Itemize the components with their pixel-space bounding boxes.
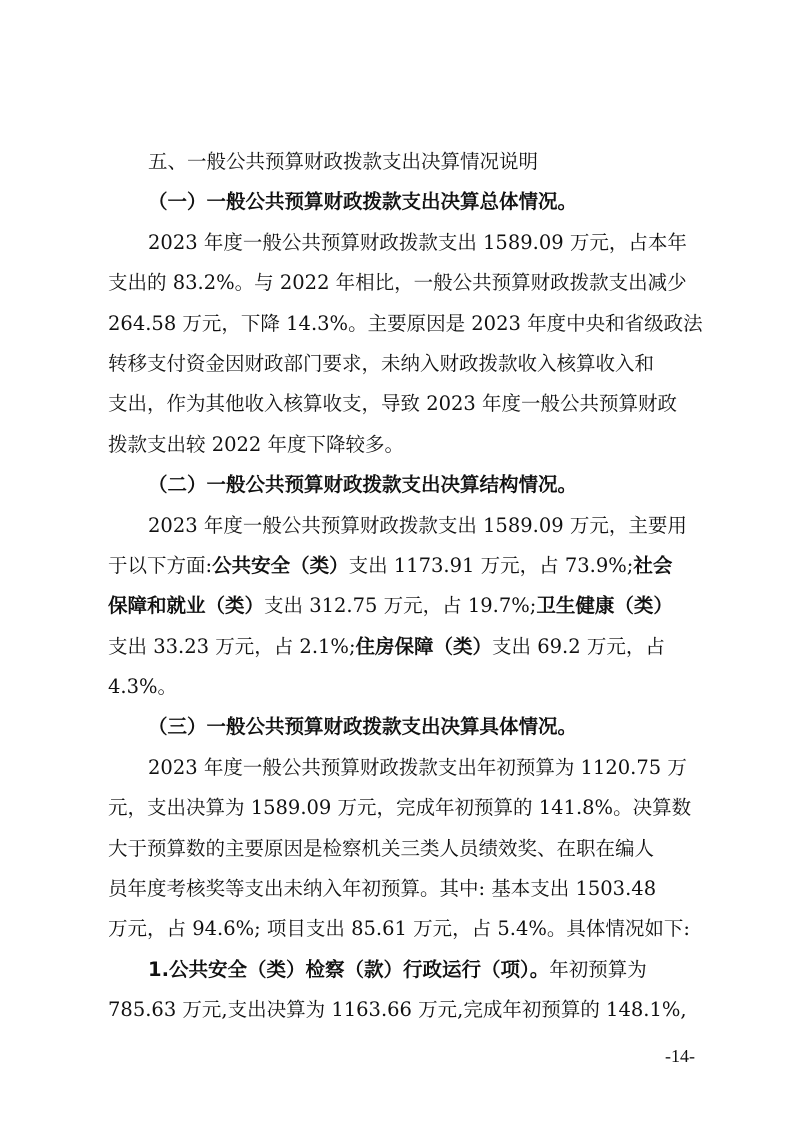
paragraph-line: 2023 年度一般公共预算财政拨款支出 1589.09 万元，主要用 xyxy=(108,506,696,546)
paragraph-line: 支出，作为其他收入核算收支，导致 2023 年度一般公共预算财政 xyxy=(108,384,696,424)
paragraph-line: 员年度考核奖等支出未纳入年初预算。其中: 基本支出 1503.48 xyxy=(108,869,696,909)
category-public-security: 公共安全（类） xyxy=(212,546,349,586)
category-health: 卫生健康（类） xyxy=(536,586,673,626)
paragraph-line: 大于预算数的主要原因是检察机关三类人员绩效奖、在职在编人 xyxy=(108,829,696,869)
paragraph-line: 拨款支出较 2022 年度下降较多。 xyxy=(108,425,696,465)
paragraph-line: 转移支付资金因财政部门要求，未纳入财政拨款收入核算收入和 xyxy=(108,344,696,384)
subsection-3-heading: （三）一般公共预算财政拨款支出决算具体情况。 xyxy=(108,707,696,747)
category-social-security: 保障和就业（类） xyxy=(108,586,264,626)
section-title: 五、一般公共预算财政拨款支出决算情况说明 xyxy=(108,142,696,182)
paragraph-line: 264.58 万元，下降 14.3%。主要原因是 2023 年度中央和省级政法 xyxy=(108,304,696,344)
paragraph-line: 支出 33.23 万元，占 2.1%; 住房保障（类） 支出 69.2 万元，占 xyxy=(108,627,696,667)
category-social-security: 社会 xyxy=(633,546,672,586)
category-housing: 住房保障（类） xyxy=(356,627,493,667)
subsection-1-heading: （一）一般公共预算财政拨款支出决算总体情况。 xyxy=(108,182,696,222)
paragraph-line: 1.公共安全（类）检察（款）行政运行（项）。 年初预算为 xyxy=(108,950,696,990)
page-number: -14- xyxy=(665,1046,695,1067)
text: 年初预算为 xyxy=(549,950,647,990)
paragraph-line: 2023 年度一般公共预算财政拨款支出 1589.09 万元，占本年 xyxy=(108,223,696,263)
text: 于以下方面: xyxy=(108,546,212,586)
item-1-title: 1.公共安全（类）检察（款）行政运行（项）。 xyxy=(148,950,549,990)
text: 支出 33.23 万元，占 2.1%; xyxy=(108,627,356,667)
paragraph-line: 785.63 万元,支出决算为 1163.66 万元,完成年初预算的 148.1… xyxy=(108,990,696,1030)
subsection-2-heading: （二）一般公共预算财政拨款支出决算结构情况。 xyxy=(108,465,696,505)
text: 支出 69.2 万元，占 xyxy=(492,627,665,667)
paragraph-line: 2023 年度一般公共预算财政拨款支出年初预算为 1120.75 万 xyxy=(108,748,696,788)
paragraph-line: 元，支出决算为 1589.09 万元，完成年初预算的 141.8%。决算数 xyxy=(108,788,696,828)
paragraph-line: 万元，占 94.6%; 项目支出 85.61 万元，占 5.4%。具体情况如下: xyxy=(108,909,696,949)
text: 支出 312.75 万元，占 19.7%; xyxy=(264,586,536,626)
paragraph-line: 于以下方面: 公共安全（类） 支出 1173.91 万元，占 73.9%; 社会 xyxy=(108,546,696,586)
text: 支出 1173.91 万元，占 73.9%; xyxy=(349,546,634,586)
paragraph-line: 保障和就业（类） 支出 312.75 万元，占 19.7%; 卫生健康（类） xyxy=(108,586,696,626)
paragraph-line: 4.3%。 xyxy=(108,667,696,707)
paragraph-line: 支出的 83.2%。与 2022 年相比，一般公共预算财政拨款支出减少 xyxy=(108,263,696,303)
document-page: 五、一般公共预算财政拨款支出决算情况说明 （一）一般公共预算财政拨款支出决算总体… xyxy=(108,142,696,1031)
